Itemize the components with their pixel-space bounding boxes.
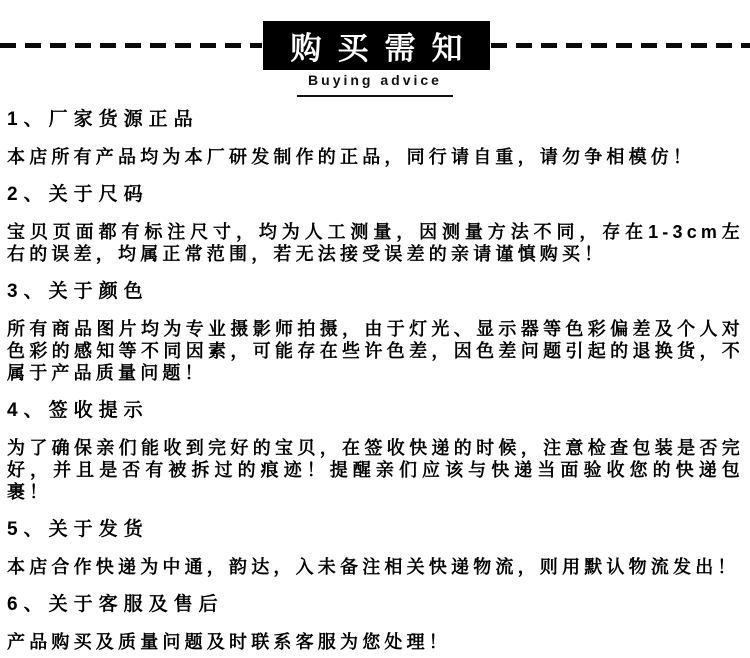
- section-body-receipt: 为了确保亲们能收到完好的宝贝，在签收快递的时候，注意检查包装是否完好，并且是否有…: [7, 437, 744, 503]
- section-body-color: 所有商品图片均为专业摄影师拍摄，由于灯光、显示器等色彩偏差及个人对色彩的感知等不…: [7, 318, 744, 384]
- banner-title-box: 购买需知: [263, 21, 490, 70]
- section-heading-color: 3、关于颜色: [7, 280, 744, 303]
- header-banner: 购买需知: [0, 0, 750, 70]
- section-heading-authenticity: 1、厂家货源正品: [7, 108, 744, 131]
- buying-advice-notice: 购买需知 Buying advice 1、厂家货源正品 本店所有产品均为本厂研发…: [0, 0, 750, 658]
- section-heading-sizing: 2、关于尺码: [7, 183, 744, 206]
- section-body-authenticity: 本店所有产品均为本厂研发制作的正品，同行请自重，请勿争相模仿！: [7, 146, 744, 168]
- section-heading-service: 6、关于客服及售后: [7, 593, 744, 616]
- section-body-service: 产品购买及质量问题及时联系客服为您处理！: [7, 631, 744, 653]
- notice-sections: 1、厂家货源正品 本店所有产品均为本厂研发制作的正品，同行请自重，请勿争相模仿！…: [0, 97, 750, 653]
- banner-subtitle: Buying advice: [308, 72, 442, 88]
- section-heading-receipt: 4、签收提示: [7, 399, 744, 422]
- left-dashed-rule: [0, 43, 262, 48]
- banner-subtitle-underline: Buying advice: [297, 72, 453, 97]
- section-heading-shipping: 5、关于发货: [7, 518, 744, 541]
- section-body-sizing: 宝贝页面都有标注尺寸，均为人工测量，因测量方法不同，存在1-3cm左右的误差，均…: [7, 221, 744, 265]
- banner-title: 购买需知: [291, 23, 479, 68]
- right-dashed-rule: [491, 43, 750, 48]
- section-body-shipping: 本店合作快递为中通，韵达，入未备注相关快递物流，则用默认物流发出！: [7, 556, 744, 578]
